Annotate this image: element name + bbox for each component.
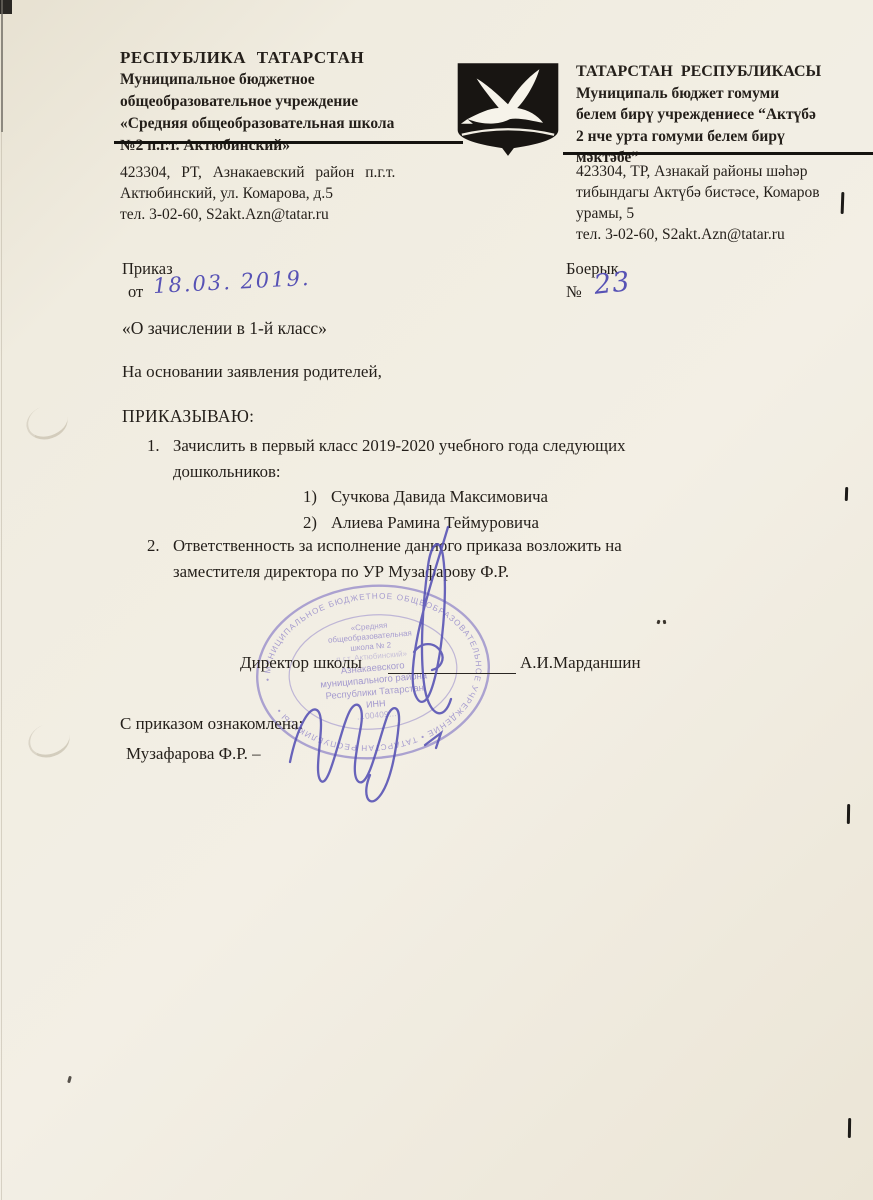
item-text-line: дошкольников: <box>173 459 625 485</box>
pupil-name: Алиева Рамина Теймуровича <box>331 510 539 536</box>
director-name: А.И.Марданшин <box>520 653 641 673</box>
pupil-row: 1) Сучкова Давида Максимовича <box>303 484 548 510</box>
ack-label: С приказом ознакомлена: <box>120 709 303 739</box>
punch-hole-shadow <box>24 718 74 762</box>
stamp-line: ИНН <box>366 698 386 710</box>
order-item-1: 1. Зачислить в первый класс 2019-2020 уч… <box>147 433 837 484</box>
pupil-row: 2) Алиева Рамина Теймуровича <box>303 510 548 536</box>
pupil-name: Сучкова Давида Максимовича <box>331 484 548 510</box>
address-russian: 423304, РТ, Азнакаевский район п.г.т. Ак… <box>120 162 472 225</box>
item-number: 1. <box>147 433 173 484</box>
org-name-line: «Средняя общеобразовательная школа <box>120 113 468 135</box>
order-basis: На основании заявления родителей, <box>122 362 382 382</box>
ack-person: Музафарова Ф.Р. – <box>120 739 303 769</box>
scan-tick-mark <box>845 487 848 501</box>
address-line: Актюбинский, ул. Комарова, д.5 <box>120 183 472 204</box>
scan-tick-mark <box>848 1118 851 1138</box>
org-name-line: ТАТАРСТАН РЕСПУБЛИКАСЫ <box>576 61 870 83</box>
item-text: Зачислить в первый класс 2019-2020 учебн… <box>173 433 625 484</box>
scan-left-edge-faint <box>1 132 2 1200</box>
scanned-order-page: РЕСПУБЛИКА ТАТАРСТАН Муниципальное бюдже… <box>0 0 873 1200</box>
address-tatar: 423304, ТР, Азнакай районы шәһәр тибында… <box>576 161 873 245</box>
handwritten-order-number: 23 <box>592 266 631 301</box>
pupil-number: 1) <box>303 484 331 510</box>
address-line: 423304, ТР, Азнакай районы шәһәр <box>576 161 873 182</box>
punch-hole-shadow <box>22 400 72 444</box>
org-name-line: общеобразовательное учреждение <box>120 91 468 113</box>
pupil-number: 2) <box>303 510 331 536</box>
handwritten-order-date: 18.03. 2019. <box>152 266 311 298</box>
address-line: урамы, 5 <box>576 203 873 224</box>
address-line: тел. 3-02-60, S2akt.Azn@tatar.ru <box>576 224 873 245</box>
order-title: «О зачислении в 1-й класс» <box>122 318 327 339</box>
district-coat-of-arms-icon <box>452 60 564 156</box>
address-line: тибындагы Актүбә бистәсе, Комаров <box>576 182 873 203</box>
org-name-line: Муниципальное бюджетное <box>120 69 468 91</box>
scan-tick-mark <box>847 804 850 824</box>
pupil-list: 1) Сучкова Давида Максимовича 2) Алиева … <box>303 484 548 535</box>
scan-left-edge <box>1 0 3 132</box>
order-item-2: 2. Ответственность за исполнение данного… <box>147 533 837 584</box>
scan-speck <box>67 1076 72 1084</box>
stamp-line: …00409… <box>356 708 397 722</box>
org-name-line: №2 п.г.т. Актюбинский» <box>120 135 468 157</box>
signature-line <box>388 673 516 674</box>
org-name-line: 2 нче урта гомуми белем бирү <box>576 126 870 148</box>
header-rule-right <box>563 152 873 155</box>
address-line: тел. 3-02-60, S2akt.Azn@tatar.ru <box>120 204 472 225</box>
order-directive: ПРИКАЗЫВАЮ: <box>122 406 254 427</box>
item-number: 2. <box>147 533 173 584</box>
item-text-line: Ответственность за исполнение данного пр… <box>173 533 622 559</box>
director-label: Директор школы <box>240 653 362 673</box>
acknowledgement-block: С приказом ознакомлена: Музафарова Ф.Р. … <box>120 709 303 769</box>
org-name-line: Муниципаль бюджет гомуми <box>576 83 870 105</box>
scan-speck <box>657 620 669 625</box>
org-name-line: РЕСПУБЛИКА ТАТАРСТАН <box>120 47 468 69</box>
org-name-line: белем бирү учреждениесе “Актүбә <box>576 104 870 126</box>
address-line: 423304, РТ, Азнакаевский район п.г.т. <box>120 162 472 183</box>
header-rule-left <box>114 141 463 144</box>
item-text-line: Зачислить в первый класс 2019-2020 учебн… <box>173 433 625 459</box>
